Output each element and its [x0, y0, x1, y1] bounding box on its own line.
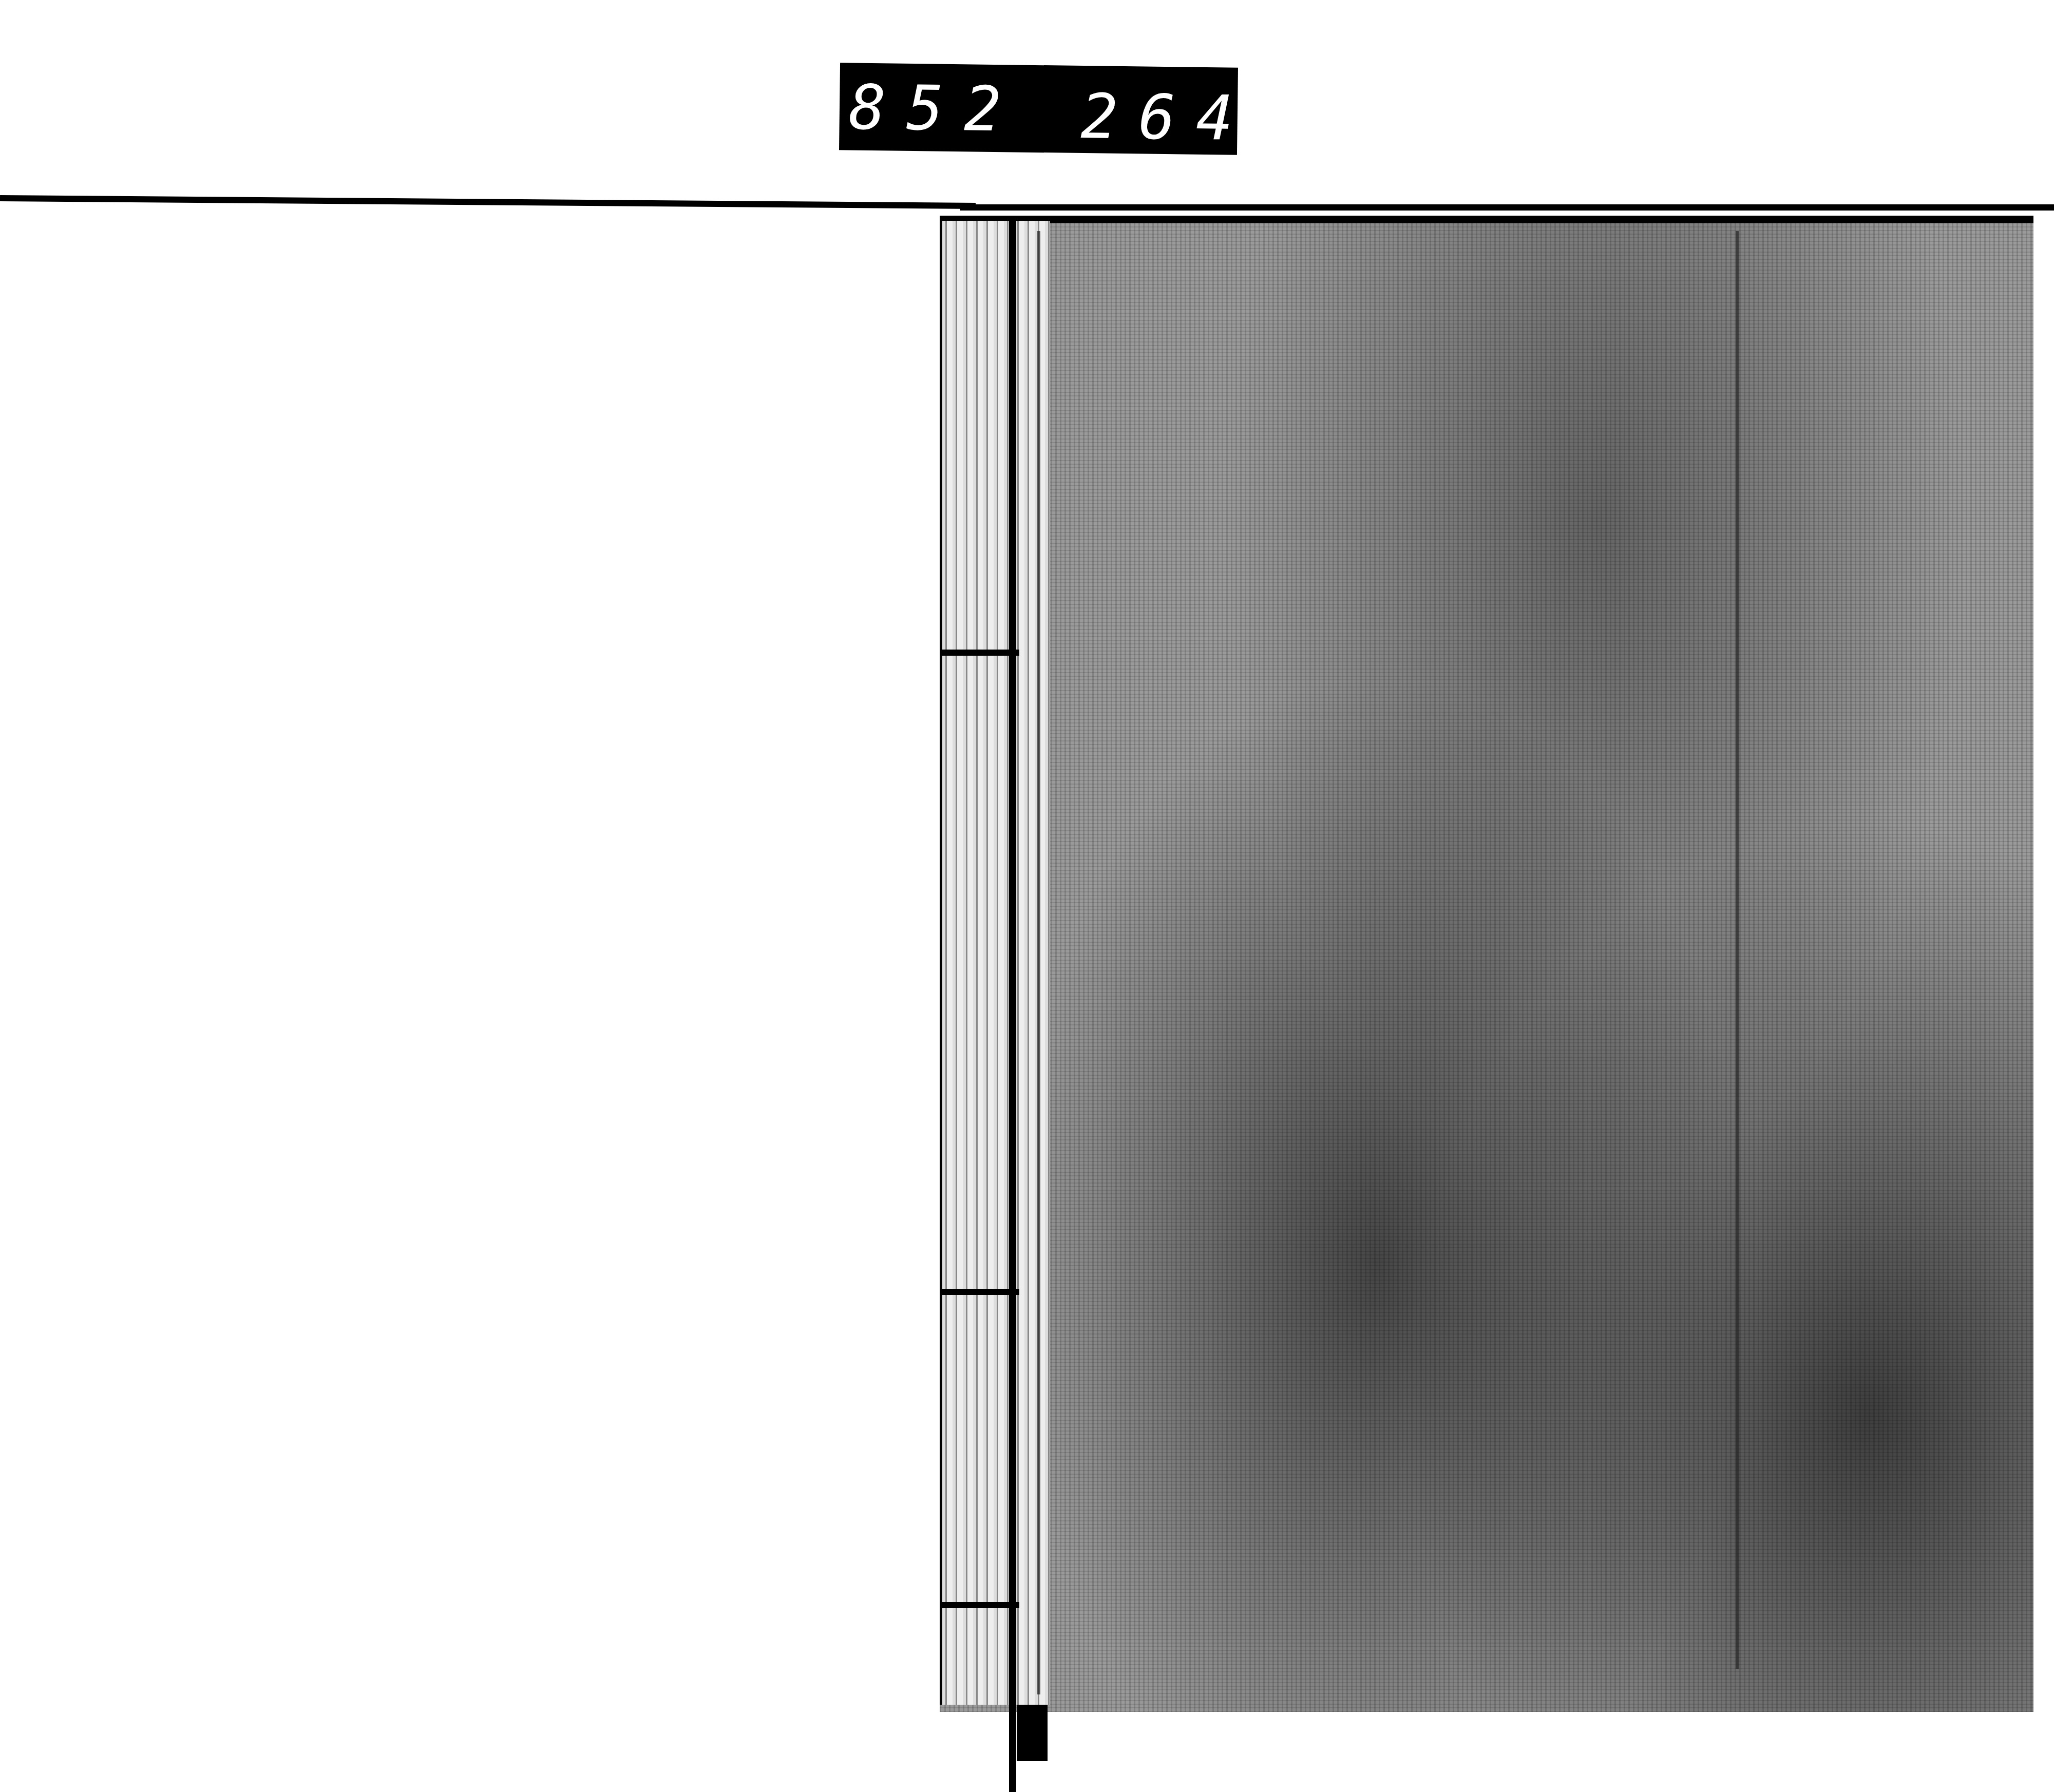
- bookmark-tab: [1017, 1705, 1048, 1761]
- catalog-number-left: 852: [848, 72, 1022, 145]
- scan-edge-line: [0, 195, 976, 209]
- book-spine: [940, 221, 1050, 1705]
- spine-fold-line: [1009, 216, 1016, 1792]
- cover-top-edge: [960, 204, 2054, 211]
- cover-crease: [1037, 231, 1040, 1694]
- cover-crease: [1736, 231, 1739, 1669]
- book-cover: [940, 216, 2033, 1712]
- binding-stitch: [940, 1602, 1019, 1608]
- binding-stitch: [940, 650, 1019, 656]
- catalog-number-right: 264.: [1080, 81, 1312, 155]
- binding-stitch: [940, 1289, 1019, 1295]
- catalog-label: 852 264.: [839, 63, 1238, 155]
